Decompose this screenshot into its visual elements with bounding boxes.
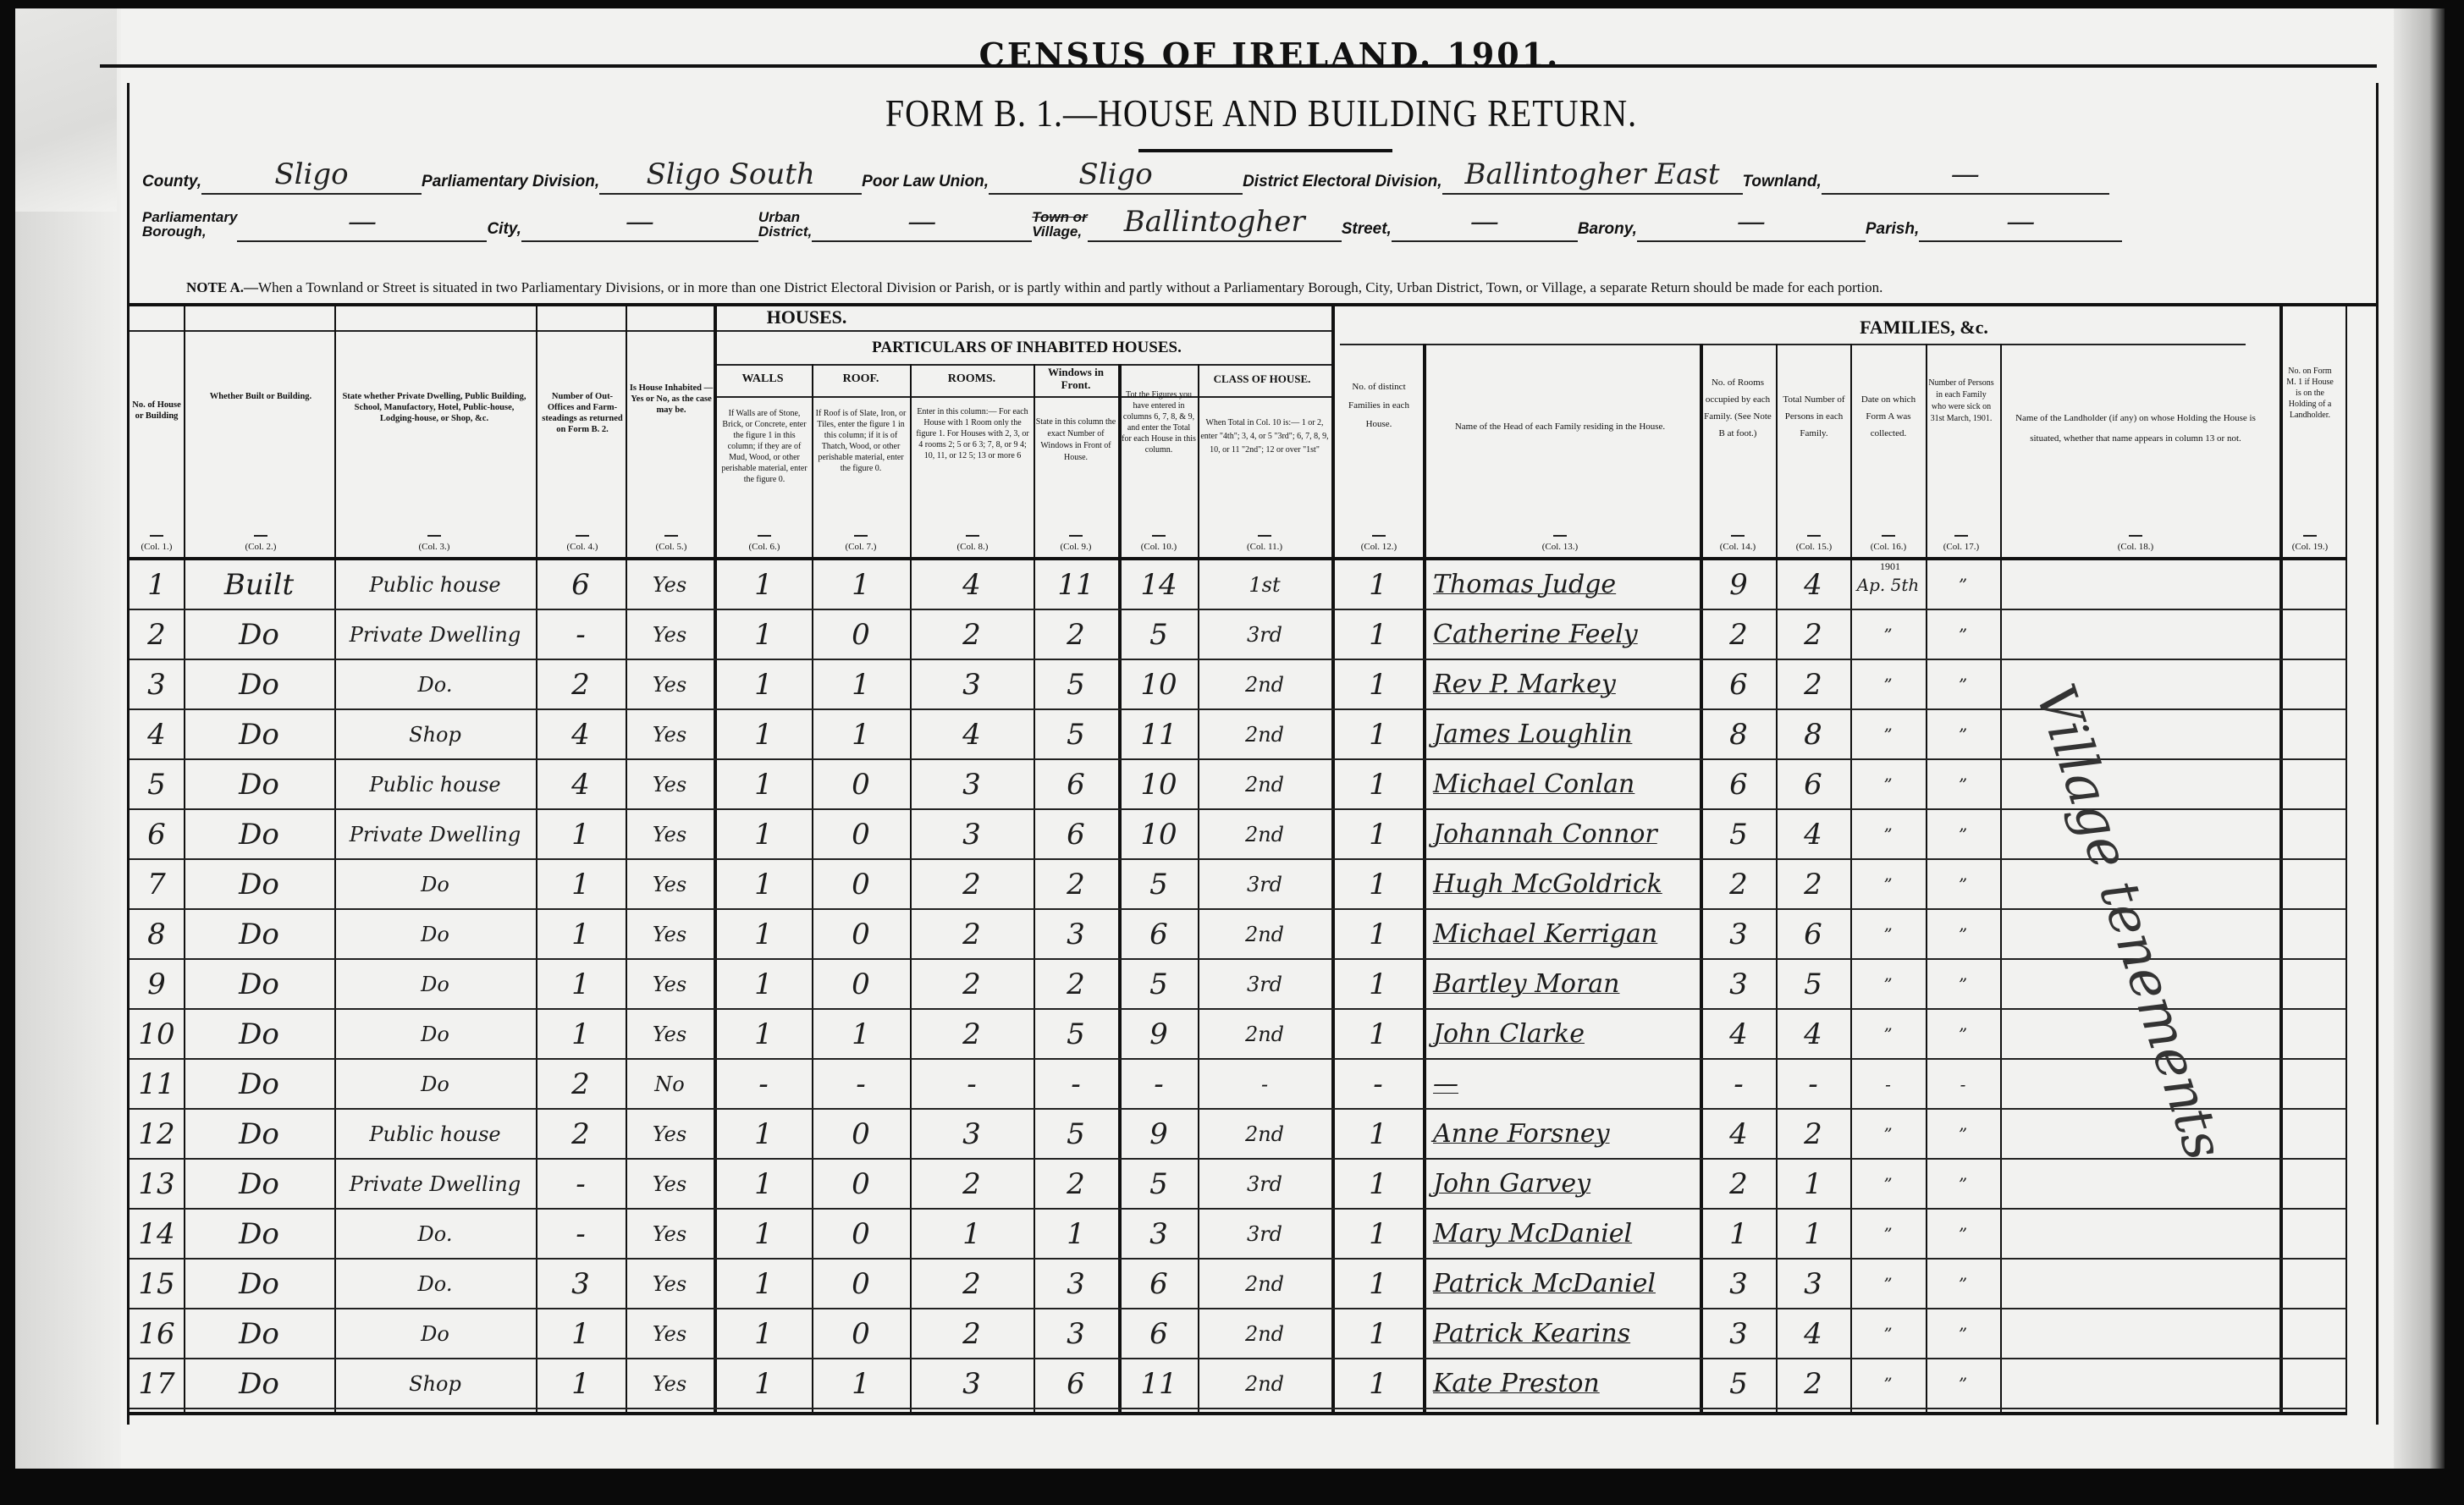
walls-cell[interactable]: 1 [717,760,810,808]
walls-cell[interactable]: 1 [717,1309,810,1358]
walls-cell[interactable]: 1 [717,710,810,758]
walls-cell[interactable]: 1 [717,1010,810,1058]
families-count-cell[interactable]: 1 [1335,610,1421,659]
windows-cell[interactable]: - [1035,1060,1116,1108]
class-of-house-cell[interactable]: 2nd [1199,1010,1330,1058]
row-number-cell[interactable]: 5 [131,760,182,808]
head-of-family-cell[interactable]: Patrick Kearins [1426,1309,1699,1358]
head-of-family-cell[interactable]: Mary McDaniel [1426,1210,1699,1258]
rooms-cell[interactable]: 3 [912,810,1032,858]
house-type-cell[interactable]: Do [336,910,534,958]
head-of-family-cell[interactable]: Rev P. Markey [1426,660,1699,708]
rooms-cell[interactable]: 2 [912,1260,1032,1308]
persons-cell[interactable]: 5 [1778,960,1849,1008]
poor-law-union-field[interactable]: Sligo [989,154,1243,195]
total-cell[interactable]: 11 [1122,1359,1196,1408]
total-cell[interactable]: 10 [1122,760,1196,808]
inhabited-cell[interactable]: Yes [627,860,712,908]
family-rooms-cell[interactable]: 2 [1703,610,1774,659]
date-collected-cell[interactable]: ” [1852,1359,1924,1408]
built-status-cell[interactable]: Do [185,1210,333,1258]
built-status-cell[interactable]: Do [185,810,333,858]
family-rooms-cell[interactable]: 5 [1703,810,1774,858]
walls-cell[interactable]: 1 [717,1110,810,1158]
urban-district-field[interactable]: — [812,201,1032,242]
roof-cell[interactable]: 0 [813,1260,908,1308]
house-type-cell[interactable]: Shop [336,710,534,758]
total-cell[interactable]: 10 [1122,810,1196,858]
built-status-cell[interactable]: Do [185,610,333,659]
date-collected-cell[interactable]: ” [1852,1260,1924,1308]
roof-cell[interactable]: 0 [813,960,908,1008]
parliamentary-division-field[interactable]: Sligo South [599,154,862,195]
county-field[interactable]: Sligo [201,154,422,195]
ded-field[interactable]: Ballintogher East [1442,154,1743,195]
parliamentary-borough-field[interactable]: — [237,201,487,242]
class-of-house-cell[interactable]: 3rd [1199,610,1330,659]
built-status-cell[interactable]: Do [185,960,333,1008]
inhabited-cell[interactable]: Yes [627,1210,712,1258]
house-type-cell[interactable]: Public house [336,560,534,609]
house-type-cell[interactable]: Public house [336,760,534,808]
row-number-cell[interactable]: 8 [131,910,182,958]
out-offices-cell[interactable]: 2 [537,1060,624,1108]
row-number-cell[interactable]: 15 [131,1260,182,1308]
family-rooms-cell[interactable]: 3 [1703,1309,1774,1358]
families-count-cell[interactable]: 1 [1335,1359,1421,1408]
head-of-family-cell[interactable]: Kate Preston [1426,1359,1699,1408]
sick-persons-cell[interactable]: ” [1927,1210,1998,1258]
house-type-cell[interactable]: Private Dwelling [336,810,534,858]
roof-cell[interactable]: 1 [813,660,908,708]
persons-cell[interactable]: 2 [1778,860,1849,908]
families-count-cell[interactable]: - [1335,1060,1421,1108]
out-offices-cell[interactable]: 4 [537,710,624,758]
sick-persons-cell[interactable]: - [1927,1060,1998,1108]
windows-cell[interactable]: 11 [1035,560,1116,609]
sick-persons-cell[interactable]: ” [1927,760,1998,808]
parish-field[interactable]: — [1919,201,2122,242]
inhabited-cell[interactable]: Yes [627,1260,712,1308]
windows-cell[interactable]: 2 [1035,1160,1116,1208]
head-of-family-cell[interactable]: Michael Conlan [1426,760,1699,808]
total-cell[interactable]: 10 [1122,660,1196,708]
inhabited-cell[interactable]: Yes [627,810,712,858]
persons-cell[interactable]: - [1778,1060,1849,1108]
persons-cell[interactable]: 8 [1778,710,1849,758]
families-count-cell[interactable]: 1 [1335,560,1421,609]
family-rooms-cell[interactable]: 8 [1703,710,1774,758]
rooms-cell[interactable]: 4 [912,560,1032,609]
date-collected-cell[interactable]: ” [1852,760,1924,808]
family-rooms-cell[interactable]: 9 [1703,560,1774,609]
family-rooms-cell[interactable]: - [1703,1060,1774,1108]
inhabited-cell[interactable]: Yes [627,660,712,708]
rooms-cell[interactable]: 2 [912,610,1032,659]
inhabited-cell[interactable]: Yes [627,710,712,758]
total-cell[interactable]: 5 [1122,1160,1196,1208]
row-number-cell[interactable]: 12 [131,1110,182,1158]
sick-persons-cell[interactable]: ” [1927,960,1998,1008]
built-status-cell[interactable]: Do [185,710,333,758]
windows-cell[interactable]: 5 [1035,710,1116,758]
walls-cell[interactable]: 1 [717,810,810,858]
total-cell[interactable]: 5 [1122,960,1196,1008]
walls-cell[interactable]: 1 [717,910,810,958]
roof-cell[interactable]: 0 [813,910,908,958]
windows-cell[interactable]: 3 [1035,910,1116,958]
rooms-cell[interactable]: 3 [912,660,1032,708]
persons-cell[interactable]: 4 [1778,810,1849,858]
date-collected-cell[interactable]: ” [1852,960,1924,1008]
house-type-cell[interactable]: Do [336,1010,534,1058]
head-of-family-cell[interactable]: Anne Forsney [1426,1110,1699,1158]
sick-persons-cell[interactable]: ” [1927,1309,1998,1358]
rooms-cell[interactable]: 2 [912,860,1032,908]
row-number-cell[interactable]: 11 [131,1060,182,1108]
row-number-cell[interactable]: 16 [131,1309,182,1358]
total-cell[interactable]: 6 [1122,1260,1196,1308]
date-collected-cell[interactable]: Ap. 5th [1852,560,1924,609]
persons-cell[interactable]: 3 [1778,1260,1849,1308]
family-rooms-cell[interactable]: 1 [1703,1210,1774,1258]
date-collected-cell[interactable]: ” [1852,860,1924,908]
sick-persons-cell[interactable]: ” [1927,810,1998,858]
families-count-cell[interactable]: 1 [1335,760,1421,808]
built-status-cell[interactable]: Do [185,910,333,958]
families-count-cell[interactable]: 1 [1335,810,1421,858]
built-status-cell[interactable]: Do [185,1309,333,1358]
date-collected-cell[interactable]: ” [1852,1110,1924,1158]
windows-cell[interactable]: 3 [1035,1309,1116,1358]
families-count-cell[interactable]: 1 [1335,1309,1421,1358]
family-rooms-cell[interactable]: 2 [1703,860,1774,908]
families-count-cell[interactable]: 1 [1335,1260,1421,1308]
family-rooms-cell[interactable]: 3 [1703,960,1774,1008]
house-type-cell[interactable]: Do [336,1060,534,1108]
roof-cell[interactable]: 0 [813,1160,908,1208]
class-of-house-cell[interactable]: 2nd [1199,660,1330,708]
windows-cell[interactable]: 2 [1035,960,1116,1008]
families-count-cell[interactable]: 1 [1335,960,1421,1008]
class-of-house-cell[interactable]: - [1199,1060,1330,1108]
out-offices-cell[interactable]: 1 [537,860,624,908]
class-of-house-cell[interactable]: 2nd [1199,810,1330,858]
total-cell[interactable]: 9 [1122,1010,1196,1058]
built-status-cell[interactable]: Do [185,1160,333,1208]
family-rooms-cell[interactable]: 4 [1703,1010,1774,1058]
families-count-cell[interactable]: 1 [1335,710,1421,758]
out-offices-cell[interactable]: 2 [537,660,624,708]
head-of-family-cell[interactable]: Bartley Moran [1426,960,1699,1008]
windows-cell[interactable]: 2 [1035,610,1116,659]
rooms-cell[interactable]: 3 [912,1359,1032,1408]
rooms-cell[interactable]: 2 [912,910,1032,958]
class-of-house-cell[interactable]: 2nd [1199,1260,1330,1308]
out-offices-cell[interactable]: 1 [537,1010,624,1058]
persons-cell[interactable]: 2 [1778,610,1849,659]
walls-cell[interactable]: 1 [717,960,810,1008]
total-cell[interactable]: 5 [1122,610,1196,659]
walls-cell[interactable]: 1 [717,1260,810,1308]
persons-cell[interactable]: 4 [1778,1309,1849,1358]
out-offices-cell[interactable]: 1 [537,1309,624,1358]
roof-cell[interactable]: 0 [813,1309,908,1358]
class-of-house-cell[interactable]: 3rd [1199,960,1330,1008]
roof-cell[interactable]: 0 [813,860,908,908]
rooms-cell[interactable]: 3 [912,1110,1032,1158]
sick-persons-cell[interactable]: ” [1927,1359,1998,1408]
row-number-cell[interactable]: 10 [131,1010,182,1058]
built-status-cell[interactable]: Do [185,1010,333,1058]
rooms-cell[interactable]: 2 [912,1010,1032,1058]
house-type-cell[interactable]: Do. [336,1210,534,1258]
rooms-cell[interactable]: 2 [912,1309,1032,1358]
family-rooms-cell[interactable]: 4 [1703,1110,1774,1158]
families-count-cell[interactable]: 1 [1335,660,1421,708]
sick-persons-cell[interactable]: ” [1927,560,1998,609]
class-of-house-cell[interactable]: 2nd [1199,760,1330,808]
house-type-cell[interactable]: Public house [336,1110,534,1158]
persons-cell[interactable]: 1 [1778,1160,1849,1208]
class-of-house-cell[interactable]: 2nd [1199,1309,1330,1358]
sick-persons-cell[interactable]: ” [1927,1160,1998,1208]
built-status-cell[interactable]: Do [185,860,333,908]
row-number-cell[interactable]: 14 [131,1210,182,1258]
total-cell[interactable]: 6 [1122,1309,1196,1358]
family-rooms-cell[interactable]: 6 [1703,660,1774,708]
village-field[interactable]: Ballintogher [1088,201,1342,242]
rooms-cell[interactable]: 1 [912,1210,1032,1258]
sick-persons-cell[interactable]: ” [1927,860,1998,908]
house-type-cell[interactable]: Private Dwelling [336,1160,534,1208]
built-status-cell[interactable]: Do [185,660,333,708]
sick-persons-cell[interactable]: ” [1927,710,1998,758]
built-status-cell[interactable]: Do [185,1060,333,1108]
persons-cell[interactable]: 2 [1778,660,1849,708]
total-cell[interactable]: - [1122,1060,1196,1108]
roof-cell[interactable]: 1 [813,710,908,758]
windows-cell[interactable]: 5 [1035,1010,1116,1058]
roof-cell[interactable]: - [813,1060,908,1108]
class-of-house-cell[interactable]: 2nd [1199,1359,1330,1408]
inhabited-cell[interactable]: Yes [627,1110,712,1158]
roof-cell[interactable]: 0 [813,1110,908,1158]
date-collected-cell[interactable]: ” [1852,1160,1924,1208]
total-cell[interactable]: 6 [1122,910,1196,958]
built-status-cell[interactable]: Do [185,760,333,808]
sick-persons-cell[interactable]: ” [1927,660,1998,708]
house-type-cell[interactable]: Do [336,860,534,908]
family-rooms-cell[interactable]: 3 [1703,910,1774,958]
house-type-cell[interactable]: Do. [336,1260,534,1308]
built-status-cell[interactable]: Built [185,560,333,609]
rooms-cell[interactable]: - [912,1060,1032,1108]
date-collected-cell[interactable]: ” [1852,710,1924,758]
row-number-cell[interactable]: 4 [131,710,182,758]
head-of-family-cell[interactable]: John Garvey [1426,1160,1699,1208]
head-of-family-cell[interactable]: — [1426,1060,1699,1108]
inhabited-cell[interactable]: Yes [627,1160,712,1208]
families-count-cell[interactable]: 1 [1335,860,1421,908]
roof-cell[interactable]: 0 [813,810,908,858]
out-offices-cell[interactable]: - [537,610,624,659]
inhabited-cell[interactable]: Yes [627,610,712,659]
class-of-house-cell[interactable]: 3rd [1199,1160,1330,1208]
out-offices-cell[interactable]: 6 [537,560,624,609]
row-number-cell[interactable]: 2 [131,610,182,659]
head-of-family-cell[interactable]: Michael Kerrigan [1426,910,1699,958]
inhabited-cell[interactable]: Yes [627,760,712,808]
head-of-family-cell[interactable]: Hugh McGoldrick [1426,860,1699,908]
row-number-cell[interactable]: 13 [131,1160,182,1208]
walls-cell[interactable]: 1 [717,1160,810,1208]
house-type-cell[interactable]: Shop [336,1359,534,1408]
row-number-cell[interactable]: 1 [131,560,182,609]
walls-cell[interactable]: 1 [717,660,810,708]
sick-persons-cell[interactable]: ” [1927,1260,1998,1308]
persons-cell[interactable]: 4 [1778,560,1849,609]
walls-cell[interactable]: 1 [717,1210,810,1258]
house-type-cell[interactable]: Do. [336,660,534,708]
persons-cell[interactable]: 6 [1778,760,1849,808]
inhabited-cell[interactable]: No [627,1060,712,1108]
out-offices-cell[interactable]: 1 [537,960,624,1008]
row-number-cell[interactable]: 3 [131,660,182,708]
windows-cell[interactable]: 6 [1035,810,1116,858]
walls-cell[interactable]: - [717,1060,810,1108]
class-of-house-cell[interactable]: 3rd [1199,1210,1330,1258]
out-offices-cell[interactable]: 3 [537,1260,624,1308]
sick-persons-cell[interactable]: ” [1927,1110,1998,1158]
family-rooms-cell[interactable]: 6 [1703,760,1774,808]
out-offices-cell[interactable]: - [537,1160,624,1208]
city-field[interactable]: — [521,201,758,242]
families-count-cell[interactable]: 1 [1335,910,1421,958]
townland-field[interactable]: — [1822,154,2109,195]
persons-cell[interactable]: 6 [1778,910,1849,958]
family-rooms-cell[interactable]: 2 [1703,1160,1774,1208]
families-count-cell[interactable]: 1 [1335,1160,1421,1208]
families-count-cell[interactable]: 1 [1335,1210,1421,1258]
date-collected-cell[interactable]: ” [1852,910,1924,958]
windows-cell[interactable]: 6 [1035,1359,1116,1408]
family-rooms-cell[interactable]: 5 [1703,1359,1774,1408]
total-cell[interactable]: 14 [1122,560,1196,609]
walls-cell[interactable]: 1 [717,1359,810,1408]
walls-cell[interactable]: 1 [717,610,810,659]
windows-cell[interactable]: 2 [1035,860,1116,908]
roof-cell[interactable]: 1 [813,560,908,609]
built-status-cell[interactable]: Do [185,1260,333,1308]
class-of-house-cell[interactable]: 2nd [1199,910,1330,958]
inhabited-cell[interactable]: Yes [627,1359,712,1408]
inhabited-cell[interactable]: Yes [627,560,712,609]
windows-cell[interactable]: 6 [1035,760,1116,808]
total-cell[interactable]: 9 [1122,1110,1196,1158]
class-of-house-cell[interactable]: 3rd [1199,860,1330,908]
total-cell[interactable]: 5 [1122,860,1196,908]
street-field[interactable]: — [1392,201,1578,242]
date-collected-cell[interactable]: ” [1852,660,1924,708]
inhabited-cell[interactable]: Yes [627,960,712,1008]
persons-cell[interactable]: 2 [1778,1359,1849,1408]
families-count-cell[interactable]: 1 [1335,1010,1421,1058]
sick-persons-cell[interactable]: ” [1927,910,1998,958]
head-of-family-cell[interactable]: Johannah Connor [1426,810,1699,858]
windows-cell[interactable]: 3 [1035,1260,1116,1308]
out-offices-cell[interactable]: - [537,1210,624,1258]
class-of-house-cell[interactable]: 2nd [1199,710,1330,758]
persons-cell[interactable]: 2 [1778,1110,1849,1158]
persons-cell[interactable]: 4 [1778,1010,1849,1058]
head-of-family-cell[interactable]: Thomas Judge [1426,560,1699,609]
row-number-cell[interactable]: 6 [131,810,182,858]
roof-cell[interactable]: 1 [813,1359,908,1408]
built-status-cell[interactable]: Do [185,1110,333,1158]
house-type-cell[interactable]: Private Dwelling [336,610,534,659]
head-of-family-cell[interactable]: James Loughlin [1426,710,1699,758]
sick-persons-cell[interactable]: ” [1927,610,1998,659]
date-collected-cell[interactable]: - [1852,1060,1924,1108]
date-collected-cell[interactable]: ” [1852,810,1924,858]
date-collected-cell[interactable]: ” [1852,1309,1924,1358]
date-collected-cell[interactable]: ” [1852,1210,1924,1258]
head-of-family-cell[interactable]: Patrick McDaniel [1426,1260,1699,1308]
barony-field[interactable]: — [1637,201,1866,242]
rooms-cell[interactable]: 4 [912,710,1032,758]
date-collected-cell[interactable]: ” [1852,1010,1924,1058]
out-offices-cell[interactable]: 1 [537,1359,624,1408]
roof-cell[interactable]: 1 [813,1010,908,1058]
row-number-cell[interactable]: 9 [131,960,182,1008]
rooms-cell[interactable]: 2 [912,1160,1032,1208]
row-number-cell[interactable]: 7 [131,860,182,908]
house-type-cell[interactable]: Do [336,1309,534,1358]
windows-cell[interactable]: 1 [1035,1210,1116,1258]
head-of-family-cell[interactable]: John Clarke [1426,1010,1699,1058]
out-offices-cell[interactable]: 1 [537,910,624,958]
built-status-cell[interactable]: Do [185,1359,333,1408]
total-cell[interactable]: 3 [1122,1210,1196,1258]
windows-cell[interactable]: 5 [1035,660,1116,708]
sick-persons-cell[interactable]: ” [1927,1010,1998,1058]
windows-cell[interactable]: 5 [1035,1110,1116,1158]
rooms-cell[interactable]: 3 [912,760,1032,808]
rooms-cell[interactable]: 2 [912,960,1032,1008]
class-of-house-cell[interactable]: 1st [1199,560,1330,609]
inhabited-cell[interactable]: Yes [627,1309,712,1358]
row-number-cell[interactable]: 17 [131,1359,182,1408]
out-offices-cell[interactable]: 4 [537,760,624,808]
roof-cell[interactable]: 0 [813,1210,908,1258]
family-rooms-cell[interactable]: 3 [1703,1260,1774,1308]
roof-cell[interactable]: 0 [813,610,908,659]
head-of-family-cell[interactable]: Catherine Feely [1426,610,1699,659]
total-cell[interactable]: 11 [1122,710,1196,758]
walls-cell[interactable]: 1 [717,860,810,908]
out-offices-cell[interactable]: 2 [537,1110,624,1158]
house-type-cell[interactable]: Do [336,960,534,1008]
roof-cell[interactable]: 0 [813,760,908,808]
class-of-house-cell[interactable]: 2nd [1199,1110,1330,1158]
persons-cell[interactable]: 1 [1778,1210,1849,1258]
inhabited-cell[interactable]: Yes [627,910,712,958]
date-collected-cell[interactable]: ” [1852,610,1924,659]
out-offices-cell[interactable]: 1 [537,810,624,858]
inhabited-cell[interactable]: Yes [627,1010,712,1058]
walls-cell[interactable]: 1 [717,560,810,609]
